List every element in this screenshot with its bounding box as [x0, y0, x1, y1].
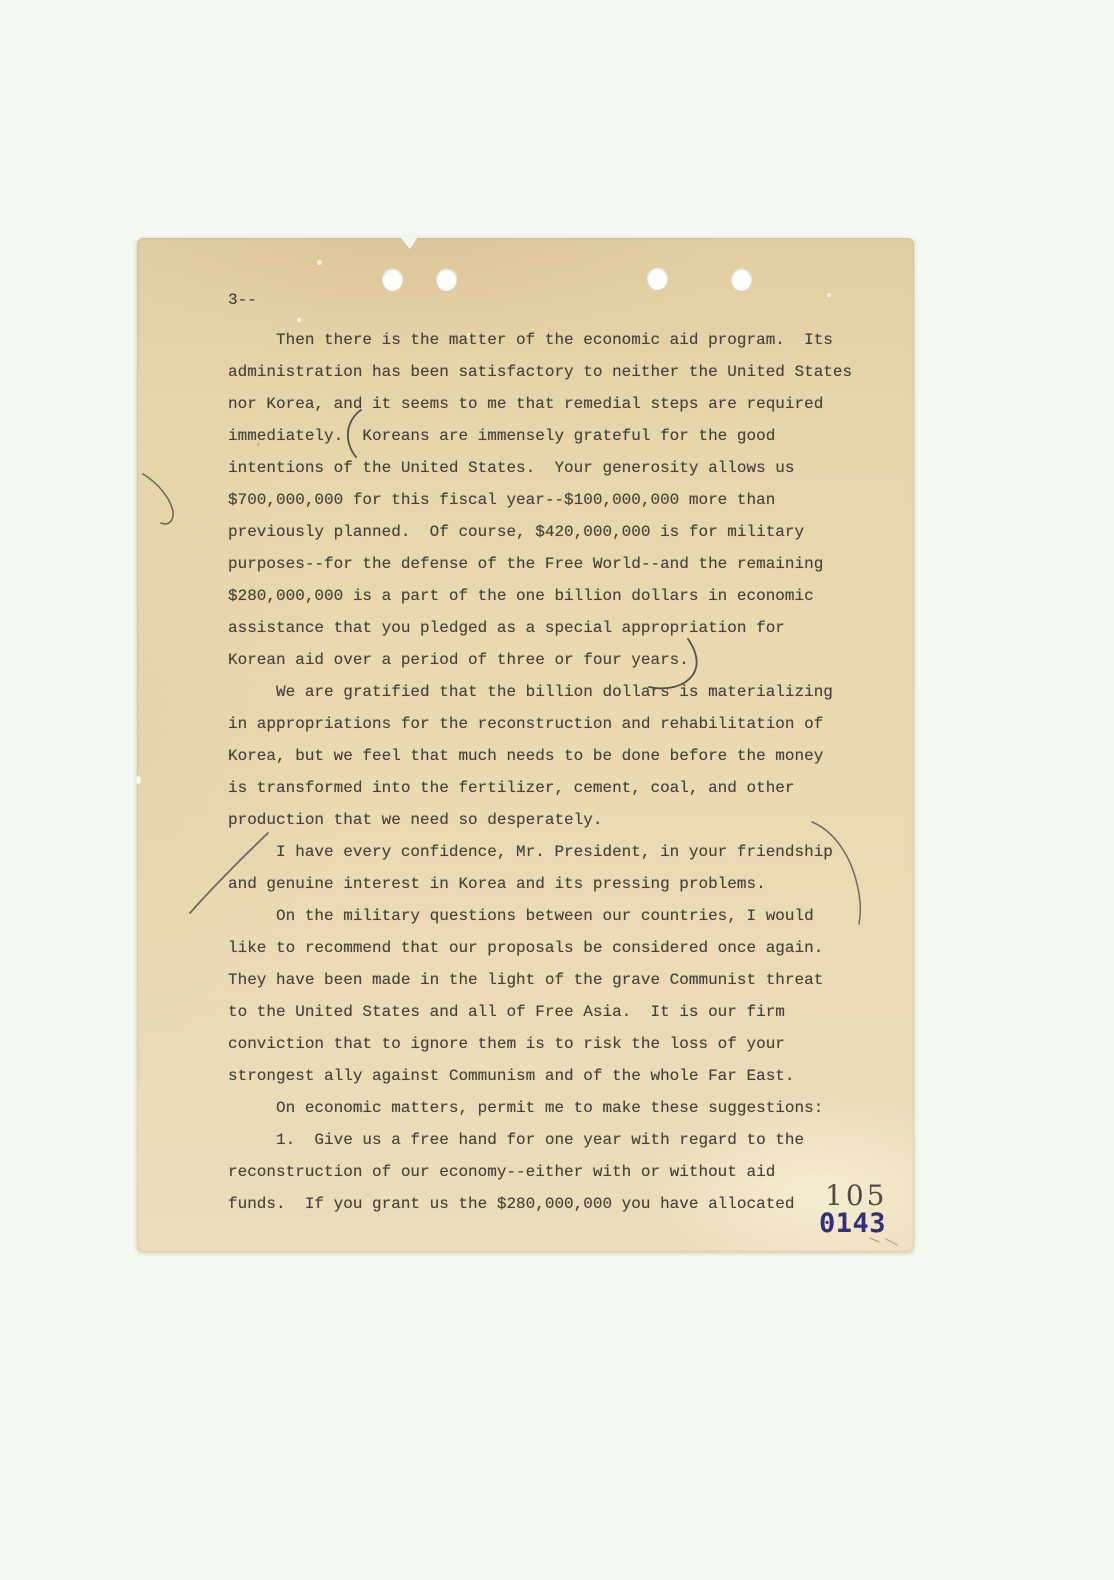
punch-hole [731, 268, 752, 291]
text-line: We are gratified that the billion dollar… [228, 676, 888, 708]
text-line: assistance that you pledged as a special… [228, 612, 888, 644]
paper-speck [297, 318, 301, 322]
paper-speck [827, 293, 831, 297]
letter-body: Then there is the matter of the economic… [228, 324, 888, 1220]
text-line: funds. If you grant us the $280,000,000 … [228, 1188, 888, 1220]
faint-pencil-mark [870, 1238, 897, 1245]
text-line: 1. Give us a free hand for one year with… [228, 1124, 888, 1156]
punch-hole [436, 268, 457, 291]
text-line: $700,000,000 for this fiscal year--$100,… [228, 484, 888, 516]
paper-speck [317, 260, 322, 265]
text-line: reconstruction of our economy--either wi… [228, 1156, 888, 1188]
page-number: 3-- [228, 291, 257, 309]
paper-speck [136, 776, 141, 784]
punch-hole [647, 267, 668, 290]
margin-hook-mark [143, 474, 173, 524]
text-line: Then there is the matter of the economic… [228, 324, 888, 356]
text-line: conviction that to ignore them is to ris… [228, 1028, 888, 1060]
text-line: to the United States and all of Free Asi… [228, 996, 888, 1028]
text-line: like to recommend that our proposals be … [228, 932, 888, 964]
archive-number-stamp: 0143 [819, 1208, 886, 1239]
text-line: Korean aid over a period of three or fou… [228, 644, 888, 676]
text-line: immediately. Koreans are immensely grate… [228, 420, 888, 452]
text-line: previously planned. Of course, $420,000,… [228, 516, 888, 548]
text-line: intentions of the United States. Your ge… [228, 452, 888, 484]
text-line: On the military questions between our co… [228, 900, 888, 932]
text-line: They have been made in the light of the … [228, 964, 888, 996]
text-line: and genuine interest in Korea and its pr… [228, 868, 888, 900]
text-line: production that we need so desperately. [228, 804, 888, 836]
text-line: in appropriations for the reconstruction… [228, 708, 888, 740]
text-line: purposes--for the defense of the Free Wo… [228, 548, 888, 580]
text-line: Korea, but we feel that much needs to be… [228, 740, 888, 772]
document-page: 3-- Then there is the matter of the econ… [137, 238, 914, 1252]
text-line: is transformed into the fertilizer, ceme… [228, 772, 888, 804]
text-line: strongest ally against Communism and of … [228, 1060, 888, 1092]
text-line: On economic matters, permit me to make t… [228, 1092, 888, 1124]
text-line: I have every confidence, Mr. President, … [228, 836, 888, 868]
text-line: $280,000,000 is a part of the one billio… [228, 580, 888, 612]
paper-notch [400, 237, 418, 249]
punch-hole [382, 268, 403, 291]
text-line: nor Korea, and it seems to me that remed… [228, 388, 888, 420]
text-line: administration has been satisfactory to … [228, 356, 888, 388]
